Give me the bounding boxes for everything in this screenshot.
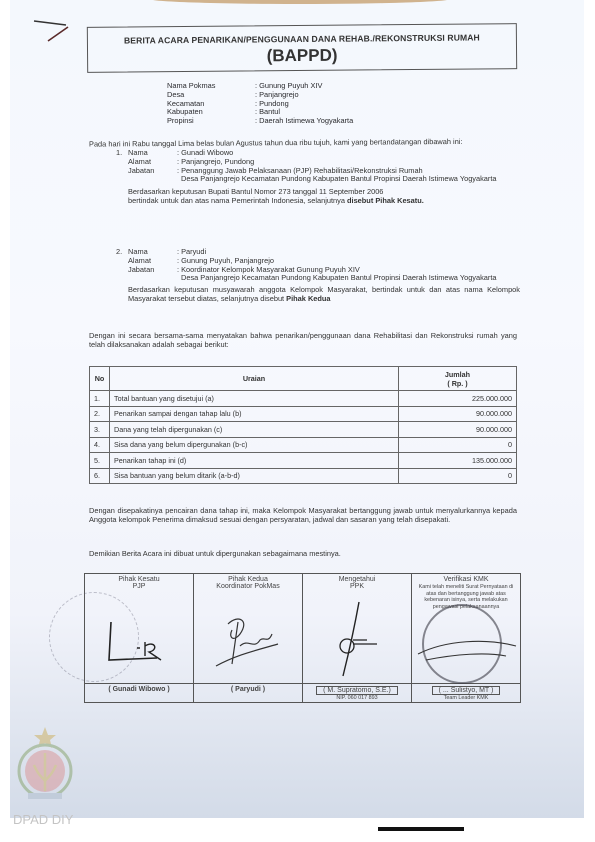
cell-jumlah: 0	[399, 437, 517, 453]
diy-emblem-icon	[14, 725, 76, 805]
signer-role: Team Leader KMK	[412, 695, 520, 702]
watermark-text: DPAD DIY	[13, 812, 73, 827]
signer-name-kmk: ( ... Sulistyo, MT )	[432, 686, 501, 695]
signature-title: PJP	[85, 583, 193, 590]
signature-name-cell: ( M. Supratomo, S.E.)NIP. 060 017 893	[303, 684, 412, 703]
cell-uraian: Sisa bantuan yang belum ditarik (a-b-d)	[110, 468, 399, 484]
document-title-box: BERITA ACARA PENARIKAN/PENGGUNAAN DANA R…	[87, 23, 517, 73]
pokmas-fields: Nama Pokmas: Gunung Puyuh XIV Desa: Panj…	[167, 82, 353, 126]
table-row: 5.Penarikan tahap ini (d)135.000.000	[90, 453, 517, 469]
signature-name-cell: ( Paryudi )	[194, 684, 303, 703]
signature-cell-pjp: Pihak Kesatu PJP	[85, 574, 194, 684]
signature-role: Verifikasi KMK	[412, 576, 520, 583]
signature-role: Pihak Kesatu	[85, 576, 193, 583]
col-header-no: No	[90, 367, 110, 391]
signer-name-supratomo: ( M. Supratomo, S.E.)	[316, 686, 398, 695]
cell-uraian: Dana yang telah dipergunakan (c)	[110, 422, 399, 438]
cell-jumlah: 225.000.000	[399, 391, 517, 407]
cell-no: 6.	[90, 468, 110, 484]
signer-name-paryudi: ( Paryudi )	[231, 686, 265, 693]
closing-paragraph: Dengan disepakatinya pencairan dana taha…	[89, 507, 517, 525]
cell-jumlah: 135.000.000	[399, 453, 517, 469]
signature-paryudi-icon	[194, 594, 302, 682]
party-one: 1.Nama: Gunadi Wibowo Alamat: Panjangrej…	[116, 149, 520, 206]
signature-table: Pihak Kesatu PJP Pihak Kedua Koordinator…	[84, 573, 521, 703]
col-header-uraian: Uraian	[110, 367, 399, 391]
cell-jumlah: 90.000.000	[399, 406, 517, 422]
cell-no: 4.	[90, 437, 110, 453]
party-two-position-detail: Desa Panjangrejo Kecamatan Pundong Kabup…	[177, 274, 520, 283]
unit-label: ( Rp. )	[447, 379, 467, 388]
signature-supratomo-icon	[303, 594, 411, 682]
label: Jabatan	[128, 167, 177, 176]
black-bar	[378, 827, 464, 831]
signer-name-gunadi: ( Gunadi Wibowo )	[108, 686, 169, 693]
party-number: 1.	[116, 149, 128, 158]
cell-no: 1.	[90, 391, 110, 407]
signature-cell-pokmas: Pihak Kedua Koordinator PokMas	[194, 574, 303, 684]
signature-name-cell: ( Gunadi Wibowo )	[85, 684, 194, 703]
signature-cell-ppk: Mengetahui PPK	[303, 574, 412, 684]
cell-no: 3.	[90, 422, 110, 438]
signature-kmk-icon	[412, 594, 520, 682]
cell-uraian: Total bantuan yang disetujui (a)	[110, 391, 399, 407]
cell-jumlah: 0	[399, 468, 517, 484]
statement-text: Dengan ini secara bersama-sama menyataka…	[89, 332, 517, 350]
signature-title: PPK	[303, 583, 411, 590]
party-two: 2.Nama: Paryudi Alamat: Gunung Puyuh, Pa…	[116, 248, 520, 304]
signature-name-cell: ( ... Sulistyo, MT )Team Leader KMK	[412, 684, 521, 703]
cell-jumlah: 90.000.000	[399, 422, 517, 438]
party-one-designation: disebut Pihak Kesatu.	[347, 196, 424, 205]
field-value: : Daerah Istimewa Yogyakarta	[255, 117, 353, 126]
field-label: Propinsi	[167, 117, 255, 126]
col-header-jumlah: Jumlah( Rp. )	[399, 367, 517, 391]
label: Jabatan	[128, 266, 177, 275]
table-row: 1.Total bantuan yang disetujui (a)225.00…	[90, 391, 517, 407]
signature-role: Mengetahui	[303, 576, 411, 583]
table-row: 3.Dana yang telah dipergunakan (c)90.000…	[90, 422, 517, 438]
document-subtitle: (BAPPD)	[88, 44, 516, 68]
pen-mark-icon	[32, 15, 72, 45]
cell-uraian: Penarikan sampai dengan tahap lalu (b)	[110, 406, 399, 422]
signature-gunadi-icon	[85, 594, 193, 682]
cell-uraian: Penarikan tahap ini (d)	[110, 453, 399, 469]
party-one-basis-text: bertindak untuk dan atas nama Pemerintah…	[128, 196, 347, 205]
cell-no: 5.	[90, 453, 110, 469]
funds-table: No Uraian Jumlah( Rp. ) 1.Total bantuan …	[89, 366, 517, 484]
party-number: 2.	[116, 248, 128, 257]
party-one-position-detail: Desa Panjangrejo Kecamatan Pundong Kabup…	[177, 175, 520, 184]
table-row: 4.Sisa dana yang belum dipergunakan (b-c…	[90, 437, 517, 453]
cell-no: 2.	[90, 406, 110, 422]
cell-uraian: Sisa dana yang belum dipergunakan (b-c)	[110, 437, 399, 453]
photo-edge	[150, 0, 450, 4]
jumlah-label: Jumlah	[445, 370, 470, 379]
party-two-designation: Pihak Kedua	[286, 294, 330, 303]
signature-title: Koordinator PokMas	[194, 583, 302, 590]
signer-nip: NIP. 060 017 893	[303, 695, 411, 702]
signature-role: Pihak Kedua	[194, 576, 302, 583]
closing-statement: Demikian Berita Acara ini dibuat untuk d…	[89, 550, 517, 559]
table-row: 2.Penarikan sampai dengan tahap lalu (b)…	[90, 406, 517, 422]
table-row: 6.Sisa bantuan yang belum ditarik (a-b-d…	[90, 468, 517, 484]
signature-cell-kmk: Verifikasi KMK Kami telah meneliti Surat…	[412, 574, 521, 684]
